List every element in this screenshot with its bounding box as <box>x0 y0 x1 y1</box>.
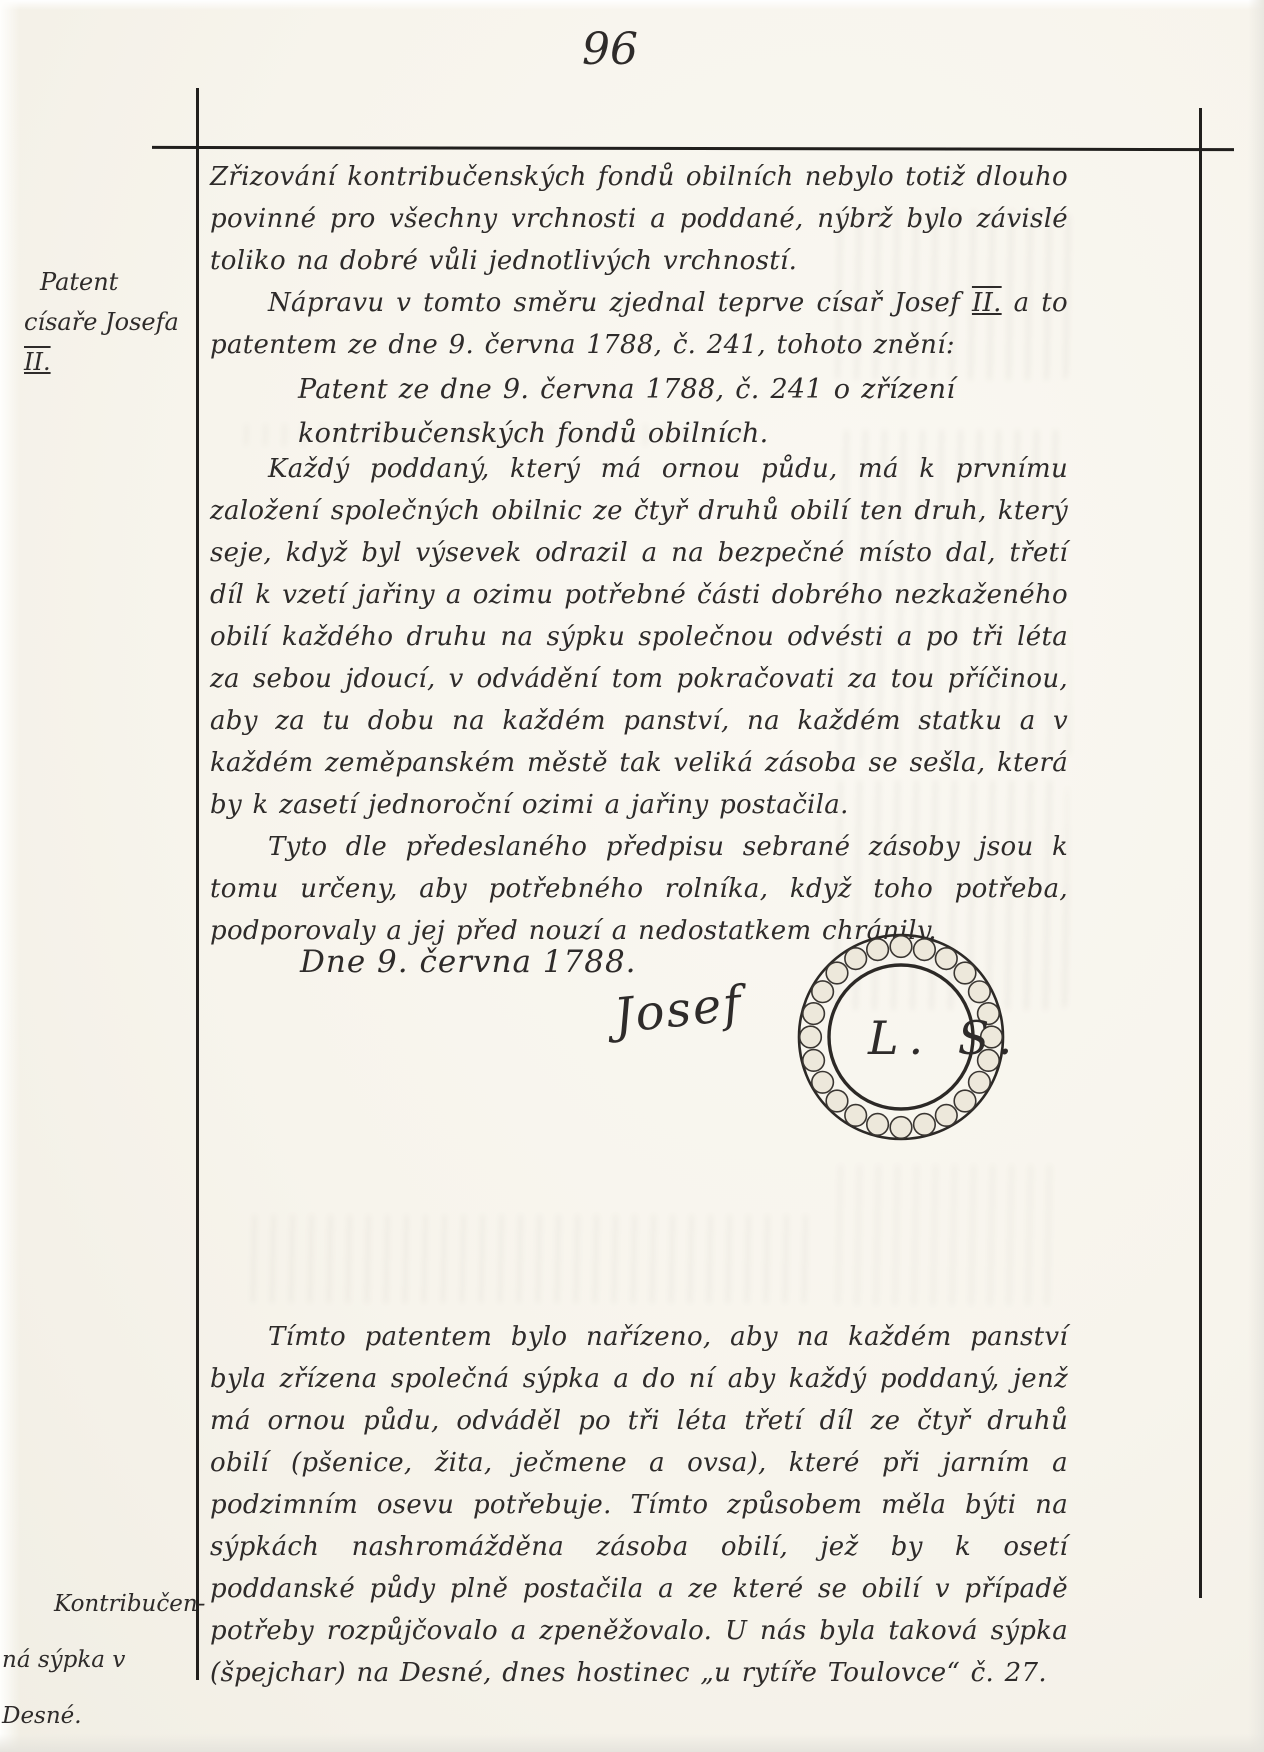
margin-note-line: Kontribučen- <box>2 1576 204 1632</box>
margin-note-line: ná sýpka v Desné. <box>2 1632 204 1744</box>
manuscript-page: 96 Patent císaře Josefa II. Zřizování ko… <box>0 0 1264 1752</box>
page-number: 96 <box>540 24 680 75</box>
paragraph-zrizovani: Zřizování kontribučenských fondů obilníc… <box>210 156 1068 282</box>
bleed-through-artifact <box>832 1165 1062 1305</box>
margin-note-line: císaře Josefa II. <box>24 302 206 382</box>
scan-edge-right <box>1248 0 1264 1752</box>
top-margin-rule <box>152 146 1234 151</box>
paragraph-timto-patentem: Tímto patentem bylo nařízeno, aby na kaž… <box>210 1316 1068 1694</box>
paragraph-naprava: Nápravu v tomto směru zjednal teprve cís… <box>210 282 1068 366</box>
bleed-through-artifact <box>246 1215 816 1303</box>
margin-note-patent: Patent císaře Josefa II. <box>24 262 206 382</box>
date-line: Dne 9. června 1788. <box>300 944 637 980</box>
seal-ls-text: L. S. <box>867 1011 1010 1065</box>
scan-edge-top <box>0 0 1264 10</box>
paragraph-kazdy-poddany: Každý poddaný, který má ornou půdu, má k… <box>210 448 1068 826</box>
right-margin-rule <box>1199 108 1202 1598</box>
official-seal: L. S. <box>792 928 1010 1146</box>
patent-heading: Patent ze dne 9. června 1788, č. 241 o z… <box>298 368 976 456</box>
josef-signature: Josef <box>611 975 745 1044</box>
margin-note-line: Patent <box>24 262 206 302</box>
margin-note-sypka: Kontribučen- ná sýpka v Desné. <box>2 1576 204 1744</box>
scan-edge-left <box>0 0 20 1752</box>
